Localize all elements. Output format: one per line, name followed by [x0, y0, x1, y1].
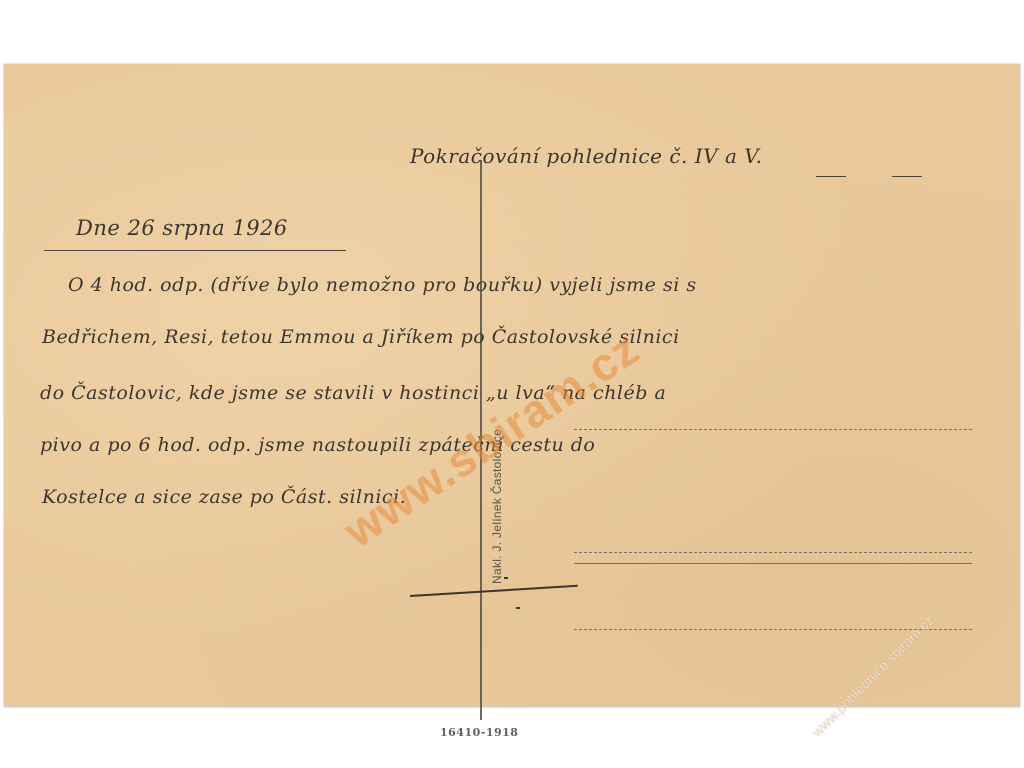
postcard-back: Pokračování pohlednice č. IV a V. Dne 26…: [4, 63, 1020, 706]
address-line-1: [574, 429, 972, 430]
underline-iv: [816, 176, 846, 177]
message-line-1: O 4 hod. odp. (dříve bylo nemožno pro bo…: [68, 274, 697, 296]
ink-dot-2: [516, 607, 520, 609]
continuation-note: Pokračování pohlednice č. IV a V.: [410, 144, 763, 168]
signature-stroke: [410, 585, 578, 597]
address-line-2-solid: [574, 563, 972, 564]
ink-dot-1: [504, 577, 508, 579]
underline-v: [892, 176, 922, 177]
watermark-corner: www.pohlednice.sbiram.cz: [809, 612, 937, 740]
address-line-2: [574, 552, 972, 553]
date-underline: [44, 250, 346, 251]
publisher-code: 16410-1918: [440, 726, 518, 739]
date-line: Dne 26 srpna 1926: [76, 216, 288, 240]
